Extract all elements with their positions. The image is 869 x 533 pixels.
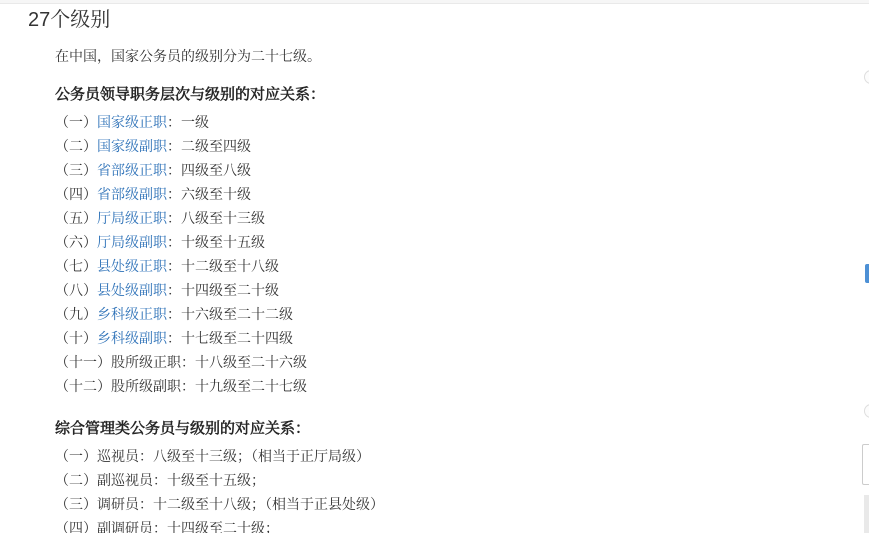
scrollbar-track-partial — [864, 495, 869, 533]
item-rank-range: ：十四级至二十级 — [167, 282, 279, 298]
rank-list-item: （二）国家级副职：二级至四级 — [55, 134, 869, 158]
item-index: （七） — [55, 258, 97, 274]
rank-list-item: （五）厅局级正职：八级至十三级 — [55, 206, 869, 230]
item-index: （三） — [55, 162, 97, 178]
item-index: （十一） — [55, 354, 111, 370]
rank-list-item: （十）乡科级副职：十七级至二十四级 — [55, 326, 869, 350]
scrollbar-thumb[interactable] — [865, 264, 869, 283]
item-rank-range: ：六级至十级 — [167, 186, 251, 202]
item-index: （八） — [55, 282, 97, 298]
rank-list-item: （十二）股所级副职：十九级至二十七级 — [55, 374, 869, 398]
section-heading-management: 综合管理类公务员与级别的对应关系： — [55, 421, 869, 437]
item-index: （二） — [55, 472, 97, 488]
item-rank-range: ：十级至十五级 — [167, 234, 265, 250]
rank-list-item: （一）国家级正职：一级 — [55, 110, 869, 134]
item-rank-range: ：十六级至二十二级 — [167, 306, 293, 322]
rank-list-item: （四）省部级副职：六级至十级 — [55, 182, 869, 206]
item-rank-range: ：十七级至二十四级 — [167, 330, 293, 346]
management-rank-list: （一）巡视员：八级至十三级；（相当于正厅局级） （二）副巡视员：十级至十五级； … — [55, 444, 869, 533]
item-rank-range: ：十级至十五级； — [153, 472, 265, 488]
rank-term-link[interactable]: 乡科级副职 — [97, 330, 167, 346]
rank-list-item: （三）省部级正职：四级至八级 — [55, 158, 869, 182]
rank-term-link[interactable]: 县处级副职 — [97, 282, 167, 298]
item-index: （四） — [55, 186, 97, 202]
rank-list-item: （七）县处级正职：十二级至十八级 — [55, 254, 869, 278]
rank-list-item: （八）县处级副职：十四级至二十级 — [55, 278, 869, 302]
item-index: （五） — [55, 210, 97, 226]
rank-term-link[interactable]: 县处级正职 — [97, 258, 167, 274]
item-index: （一） — [55, 114, 97, 130]
section-heading-leadership: 公务员领导职务层次与级别的对应关系： — [55, 87, 869, 103]
item-rank-range: ：十四级至二十级； — [153, 520, 279, 533]
item-index: （二） — [55, 138, 97, 154]
item-index: （一） — [55, 448, 97, 464]
item-index: （四） — [55, 520, 97, 533]
item-rank-range: ：十二级至十八级；（相当于正县处级） — [139, 496, 384, 512]
item-rank-range: ：四级至八级 — [167, 162, 251, 178]
rank-list-item: （四）副调研员：十四级至二十级； — [55, 516, 869, 533]
rank-term-link[interactable]: 厅局级副职 — [97, 234, 167, 250]
leadership-rank-list: （一）国家级正职：一级 （二）国家级副职：二级至四级 （三）省部级正职：四级至八… — [55, 110, 869, 398]
item-rank-range: ：八级至十三级；（相当于正厅局级） — [139, 448, 370, 464]
rank-term-link[interactable]: 省部级副职 — [97, 186, 167, 202]
rank-list-item: （一）巡视员：八级至十三级；（相当于正厅局级） — [55, 444, 869, 468]
item-rank-range: ：八级至十三级 — [167, 210, 265, 226]
rank-term-link[interactable]: 省部级正职 — [97, 162, 167, 178]
intro-paragraph: 在中国，国家公务员的级别分为二十七级。 — [55, 48, 869, 64]
page-title: 27个级别 — [28, 9, 869, 32]
rank-term-link[interactable]: 国家级副职 — [97, 138, 167, 154]
rank-list-item: （六）厅局级副职：十级至十五级 — [55, 230, 869, 254]
item-index: （六） — [55, 234, 97, 250]
rank-term-text: 股所级正职 — [111, 354, 181, 370]
rank-term-link[interactable]: 国家级正职 — [97, 114, 167, 130]
item-rank-range: ：二级至四级 — [167, 138, 251, 154]
item-rank-range: ：一级 — [167, 114, 209, 130]
rank-list-item: （十一）股所级正职：十八级至二十六级 — [55, 350, 869, 374]
rank-term-text: 巡视员 — [97, 448, 139, 464]
rank-term-link[interactable]: 乡科级正职 — [97, 306, 167, 322]
rank-term-text: 副调研员 — [97, 520, 153, 533]
rank-list-item: （二）副巡视员：十级至十五级； — [55, 468, 869, 492]
item-rank-range: ：十九级至二十七级 — [181, 378, 307, 394]
item-index: （九） — [55, 306, 97, 322]
item-index: （三） — [55, 496, 97, 512]
item-rank-range: ：十八级至二十六级 — [181, 354, 307, 370]
item-index: （十二） — [55, 378, 111, 394]
rank-list-item: （九）乡科级正职：十六级至二十二级 — [55, 302, 869, 326]
rank-term-text: 副巡视员 — [97, 472, 153, 488]
rank-list-item: （三）调研员：十二级至十八级；（相当于正县处级） — [55, 492, 869, 516]
article-content: 在中国，国家公务员的级别分为二十七级。 公务员领导职务层次与级别的对应关系： （… — [55, 48, 869, 533]
rank-term-text: 股所级副职 — [111, 378, 181, 394]
rank-term-link[interactable]: 厅局级正职 — [97, 210, 167, 226]
item-index: （十） — [55, 330, 97, 346]
rank-term-text: 调研员 — [97, 496, 139, 512]
floating-panel-partial[interactable] — [862, 444, 869, 485]
top-divider-bar — [0, 0, 869, 4]
item-rank-range: ：十二级至十八级 — [167, 258, 279, 274]
